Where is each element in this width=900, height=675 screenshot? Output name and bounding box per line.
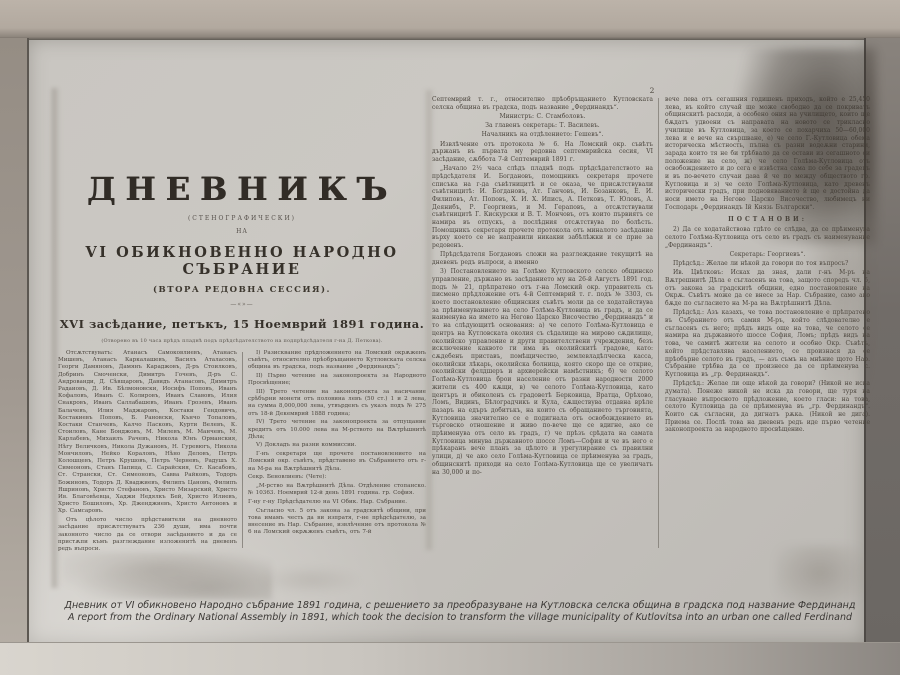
picture-frame-left [0, 38, 29, 644]
assembly-heading: VI ОБИКНОВЕННО НАРОДНО СЪБРАНИЕ [58, 244, 426, 278]
paragraph: Секр. Беновлиевъ: (Чете): [248, 474, 426, 481]
stenographic-subtitle: (СТЕНОГРАФИЧЕСКИ) [58, 215, 426, 222]
ornament-divider: —«»— [58, 301, 426, 308]
paragraph: 3) Постановлението на Голѣмо Кутловското… [432, 268, 653, 476]
paragraph: „Начало 2½ часа слѣдъ пладнѣ подъ прѣдсѣ… [432, 165, 653, 250]
paragraph: За главенъ секретарь: Т. Василевъ. [432, 122, 653, 130]
preposition-na: НА [58, 228, 426, 235]
paragraph: Отъ цѣлото число прѣдставители на дневно… [58, 517, 237, 552]
picture-frame-top [0, 0, 900, 40]
paragraph: „М-рство на Вѫтрѣшнитѣ Дѣла. Отдѣление с… [248, 483, 426, 497]
paragraph: Г-нъ секретаря ще прочете постановлениет… [248, 451, 426, 473]
page-left-column-1: Отсѫтствуватъ: Атанасъ Самоковлиевъ, Ата… [58, 350, 237, 552]
paragraph: Г-ну г-ну Прѣдсѣдателю на VI Обик. Нар. … [248, 499, 426, 506]
paragraph: Отсѫтствуватъ: Атанасъ Самоковлиевъ, Ата… [58, 350, 237, 516]
page-right-column-1: Септемврий т. г., относително прѣобръщан… [432, 96, 653, 554]
caption-bulgarian: Дневник от VI обикновено Народно събрани… [60, 600, 860, 612]
journal-title: ДНЕВНИКЪ [58, 170, 426, 208]
picture-frame-bottom [0, 642, 900, 675]
paragraph: Прѣдсѣдателя Богдановъ сложи на разглежд… [432, 251, 653, 266]
paragraph: V) Докладъ на разни коммиссии. [248, 442, 426, 449]
ink-stain-top-right [738, 48, 876, 244]
ink-stain-right-edge [800, 230, 870, 420]
sitting-date-line: XVI засѣдание, петъкъ, 15 Ноемврий 1891 … [58, 317, 426, 331]
paragraph: II) Първо четение на законопроекта за На… [248, 373, 426, 387]
paragraph: I) Разисквание прѣдложението на Ломский … [248, 350, 426, 372]
column-rule [242, 352, 243, 548]
caption-english: A report from the Ordinary National Asse… [60, 612, 860, 624]
paragraph: III) Трето четение на законопроекта за н… [248, 389, 426, 418]
paragraph: Министръ: С. Стамболовъ. [432, 113, 653, 121]
paragraph: Септемврий т. г., относително прѣобръщан… [432, 96, 653, 111]
paragraph: Извлѣчение отъ протокола № 6. На Ломский… [432, 141, 653, 164]
document-page-left: ДНЕВНИКЪ (СТЕНОГРАФИЧЕСКИ) НА VI ОБИКНОВ… [58, 84, 426, 558]
paragraph: Началникъ на отдѣлението: Гешевъ“. [432, 131, 653, 139]
smudge-bottom-center [255, 565, 365, 595]
exhibit-caption: Дневник от VI обикновено Народно събрани… [60, 600, 860, 624]
paragraph: Съгласно чл. 5 отъ закона за градскитѣ о… [248, 508, 426, 537]
paragraph: IV) Трето четение на законопроекта за от… [248, 419, 426, 441]
smudge-bottom-left [62, 552, 272, 600]
session-subheading: (ВТОРА РЕДОВНА СЕССИЯ). [58, 285, 426, 295]
page-left-column-2: I) Разисквание прѣдложението на Ломский … [248, 350, 426, 552]
opening-note: (Отворено въ 10 часа прѣдъ пладнѣ подъ п… [58, 338, 426, 344]
page-left-columns: Отсѫтствуватъ: Атанасъ Самоковлиевъ, Ата… [58, 350, 426, 552]
framed-exhibit-photo: ДНЕВНИКЪ (СТЕНОГРАФИЧЕСКИ) НА VI ОБИКНОВ… [0, 0, 900, 675]
column-rule [658, 98, 659, 548]
